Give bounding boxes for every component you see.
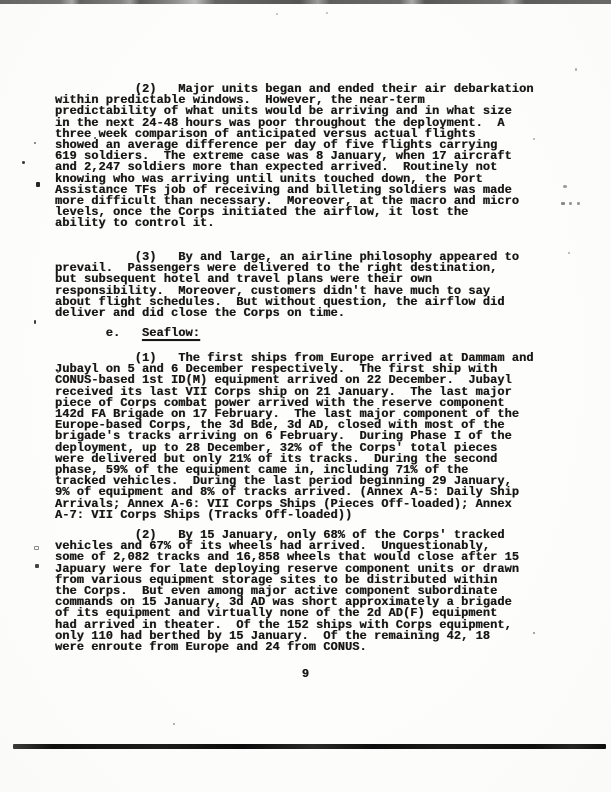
scan-speck bbox=[569, 202, 572, 205]
scanned-document-page: (2) Major units began and ended their ai… bbox=[0, 0, 611, 792]
scan-speck bbox=[326, 12, 328, 14]
scan-speck bbox=[533, 138, 535, 140]
page-number: 9 bbox=[0, 669, 611, 680]
scan-speck bbox=[276, 13, 278, 15]
scan-speck bbox=[563, 185, 567, 188]
scan-artifact-bottom-edge bbox=[13, 744, 606, 749]
seaflow-heading-label: Seaflow: bbox=[142, 326, 200, 340]
seaflow-heading-prefix: e. bbox=[55, 326, 142, 340]
paragraph-by-15-january: (2) By 15 January, only 68% of the Corps… bbox=[55, 530, 519, 653]
scan-speck bbox=[533, 632, 535, 634]
scan-speck bbox=[22, 161, 25, 164]
seaflow-heading: e. Seaflow: bbox=[55, 328, 200, 339]
scan-speck bbox=[34, 320, 36, 324]
scan-speck bbox=[94, 137, 96, 139]
scan-speck bbox=[35, 564, 39, 568]
scan-speck bbox=[568, 252, 570, 254]
scan-speck bbox=[34, 142, 36, 144]
scan-speck bbox=[575, 68, 577, 71]
scan-speck bbox=[57, 371, 59, 373]
scan-speck bbox=[577, 202, 580, 205]
scan-speck bbox=[173, 723, 175, 725]
scan-artifact-top-edge bbox=[0, 0, 611, 4]
scan-speck bbox=[34, 546, 39, 550]
scan-speck bbox=[561, 202, 565, 205]
paragraph-airline-philosophy: (3) By and large, an airline philosophy … bbox=[55, 252, 519, 319]
paragraph-first-ships: (1) The first ships from Europe arrived … bbox=[55, 353, 534, 521]
paragraph-air-debarkation: (2) Major units began and ended their ai… bbox=[55, 84, 534, 230]
scan-speck bbox=[36, 182, 40, 187]
